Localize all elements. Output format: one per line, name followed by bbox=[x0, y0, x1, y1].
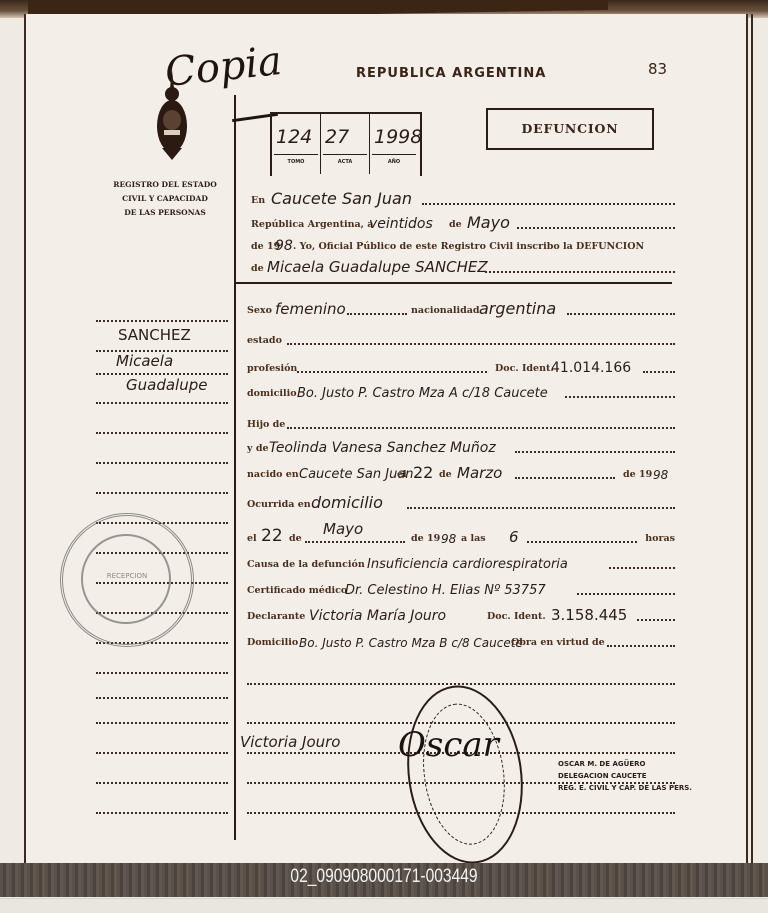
acta-value: 27 bbox=[325, 126, 349, 148]
estado-label: estado bbox=[247, 335, 282, 346]
margin-line bbox=[96, 373, 228, 375]
dot-fill bbox=[609, 567, 675, 569]
dot-fill bbox=[565, 396, 675, 398]
place-label: En bbox=[251, 195, 265, 206]
margin-line bbox=[96, 812, 228, 814]
record-type-box: DEFUNCION bbox=[486, 108, 654, 150]
anio-value: 1998 bbox=[374, 126, 422, 148]
anio-cell: 1998 AÑO bbox=[370, 114, 418, 174]
y-de-label: y de bbox=[247, 443, 269, 454]
nacionalidad-value: argentina bbox=[479, 299, 556, 318]
row-estado: estado bbox=[247, 328, 675, 350]
nacido-label: nacido en bbox=[247, 469, 299, 480]
dot-fill bbox=[643, 371, 675, 373]
registry-line-3: de las Personas bbox=[96, 206, 234, 220]
dot-fill bbox=[637, 619, 675, 621]
domicilio-decl-label: Domicilio bbox=[247, 637, 298, 648]
row-nacido: nacido en Caucete San Juan el 22 de Marz… bbox=[247, 462, 675, 484]
margin-surname: SANCHEZ bbox=[118, 326, 191, 344]
death-year: 98 bbox=[441, 532, 456, 546]
row-sexo: Sexo femenino nacionalidad argentina bbox=[247, 298, 675, 320]
date-day: veintidos bbox=[369, 216, 433, 232]
official-signature: Oscar bbox=[398, 725, 499, 765]
certificado-label: Certificado médico bbox=[247, 585, 347, 596]
birth-year: 98 bbox=[653, 468, 668, 482]
page-number: 83 bbox=[648, 60, 667, 78]
declarante-doc-value: 3.158.445 bbox=[551, 606, 627, 624]
margin-line bbox=[96, 722, 228, 724]
date-de: de bbox=[449, 219, 462, 230]
declarante-value: Victoria María Jouro bbox=[309, 608, 446, 624]
dot-fill bbox=[287, 427, 675, 429]
year-suffix: 98 bbox=[275, 238, 293, 254]
hijo-label: Hijo de bbox=[247, 419, 285, 430]
acta-cell: 27 ACTA bbox=[321, 114, 370, 174]
row-certificado: Certificado médico Dr. Celestino H. Elia… bbox=[247, 578, 675, 600]
death-day: 22 bbox=[261, 526, 283, 546]
registry-line-2: Civil y Capacidad bbox=[96, 192, 234, 206]
margin-line bbox=[96, 697, 228, 699]
fecha-de: de bbox=[289, 533, 302, 544]
registry-name: Registro del Estado Civil y Capacidad de… bbox=[96, 178, 234, 220]
deceased-name: Micaela Guadalupe SANCHEZ bbox=[267, 258, 488, 276]
year-text: . Yo, Oficial Público de este Registro C… bbox=[293, 241, 644, 252]
dot-fill bbox=[287, 343, 675, 345]
margin-line bbox=[96, 782, 228, 784]
dot-fill bbox=[297, 371, 487, 373]
declarante-label: Declarante bbox=[247, 611, 305, 622]
margin-line bbox=[96, 432, 228, 434]
mother-name: Teolinda Vanesa Sanchez Muñoz bbox=[269, 440, 496, 456]
row-domicilio-declarante: Domicilio Bo. Justo P. Castro Mza B c/8 … bbox=[247, 630, 675, 652]
fecha-el: el bbox=[247, 533, 257, 544]
causa-label: Causa de la defunción bbox=[247, 559, 365, 570]
margin-line bbox=[96, 672, 228, 674]
row-hijo: Hijo de bbox=[247, 412, 675, 434]
doc-ident-value: 41.014.166 bbox=[551, 360, 631, 376]
row-y-de: y de Teolinda Vanesa Sanchez Muñoz bbox=[247, 436, 675, 458]
dot-fill bbox=[422, 203, 675, 205]
ocurrida-label: Ocurrida en bbox=[247, 499, 311, 510]
dot-fill bbox=[517, 227, 675, 229]
horas-label: horas bbox=[645, 533, 675, 544]
dot-fill bbox=[607, 645, 675, 647]
row-declarante: Declarante Victoria María Jouro Doc. Ide… bbox=[247, 604, 675, 626]
section-rule bbox=[236, 282, 672, 284]
row-deceased: de Micaela Guadalupe SANCHEZ bbox=[247, 256, 675, 278]
place-value: Caucete San Juan bbox=[271, 189, 412, 208]
margin-given-2: Guadalupe bbox=[126, 376, 207, 394]
nacionalidad-label: nacionalidad bbox=[411, 305, 480, 316]
stamp-left-center: RECEPCION bbox=[63, 572, 191, 580]
row-fecha: el 22 de Mayo de 19 98 a las 6 horas bbox=[247, 526, 675, 548]
sexo-label: Sexo bbox=[247, 305, 272, 316]
official-delegation: DELEGACION CAUCETE bbox=[558, 770, 692, 782]
dot-fill bbox=[515, 477, 615, 479]
declarant-signature: Victoria Jouro bbox=[240, 733, 340, 751]
tomo-label: TOMO bbox=[272, 159, 320, 165]
death-month: Mayo bbox=[323, 520, 363, 538]
dot-fill bbox=[407, 507, 675, 509]
row-causa: Causa de la defunción Insuficiencia card… bbox=[247, 552, 675, 574]
record-reference-box: 124 TOMO 27 ACTA 1998 AÑO bbox=[270, 112, 422, 176]
nacido-de: de bbox=[439, 469, 452, 480]
dot-fill bbox=[527, 541, 637, 543]
birth-month: Marzo bbox=[457, 464, 502, 482]
deceased-label: de bbox=[251, 263, 264, 274]
obra-label: Obra en virtud de bbox=[511, 637, 605, 648]
birth-day: 22 bbox=[413, 463, 433, 482]
birth-year-label: de 19 bbox=[623, 469, 652, 480]
row-ocurrida: Ocurrida en domicilio bbox=[247, 492, 675, 514]
dot-fill bbox=[485, 271, 675, 273]
row-profesion: profesión Doc. Ident. 41.014.166 bbox=[247, 356, 675, 378]
row-domicilio: domicilio Bo. Justo P. Castro Mza A c/18… bbox=[247, 381, 675, 403]
registry-stamp-left: RECEPCION bbox=[60, 513, 194, 647]
domicilio-label: domicilio bbox=[247, 388, 297, 399]
country-title: REPUBLICA ARGENTINA bbox=[356, 66, 546, 81]
margin-line bbox=[96, 462, 228, 464]
ocurrida-value: domicilio bbox=[311, 493, 383, 512]
doc-ident-label: Doc. Ident. bbox=[495, 363, 554, 374]
profesion-label: profesión bbox=[247, 363, 297, 374]
column-divider bbox=[234, 95, 236, 840]
certificado-value: Dr. Celestino H. Elias Nº 53757 bbox=[345, 583, 546, 598]
scan-code: 02_090908000171-003449 bbox=[69, 866, 699, 888]
death-year-label: de 19 bbox=[411, 533, 440, 544]
tomo-cell: 124 TOMO bbox=[272, 114, 321, 174]
nacido-el: el bbox=[397, 469, 407, 480]
registry-line-1: Registro del Estado bbox=[96, 178, 234, 192]
causa-value: Insuficiencia cardiorespiratoria bbox=[367, 557, 568, 572]
dot-fill bbox=[567, 313, 675, 315]
declarante-doc-label: Doc. Ident. bbox=[487, 611, 546, 622]
official-registry: REG. E. CIVIL Y CAP. DE LAS PERS. bbox=[558, 782, 692, 794]
dot-fill bbox=[347, 313, 407, 315]
death-hour: 6 bbox=[509, 528, 519, 546]
coat-of-arms-icon bbox=[152, 68, 192, 163]
anio-label: AÑO bbox=[370, 159, 418, 165]
date-month: Mayo bbox=[467, 213, 510, 232]
official-name: OSCAR M. DE AGÜERO bbox=[558, 758, 692, 770]
margin-given-1: Micaela bbox=[116, 352, 173, 370]
margin-line bbox=[96, 402, 228, 404]
scan-bottom-edge bbox=[0, 899, 768, 913]
row-date: República Argentina, a veintidos de Mayo bbox=[247, 212, 675, 234]
row-year: de 19 98 . Yo, Oficial Público de este R… bbox=[247, 234, 675, 256]
page-border-right bbox=[751, 14, 753, 864]
official-block: OSCAR M. DE AGÜERO DELEGACION CAUCETE RE… bbox=[558, 758, 692, 794]
tomo-value: 124 bbox=[276, 126, 312, 148]
margin-line bbox=[96, 752, 228, 754]
margin-line bbox=[96, 492, 228, 494]
sexo-value: femenino bbox=[275, 300, 346, 318]
dot-fill bbox=[577, 593, 675, 595]
row-place: En Caucete San Juan bbox=[247, 188, 675, 210]
dot-fill bbox=[305, 541, 405, 543]
margin-line bbox=[96, 320, 228, 322]
hora-label: a las bbox=[461, 533, 486, 544]
date-label: República Argentina, a bbox=[251, 219, 373, 230]
domicilio-decl-value: Bo. Justo P. Castro Mza B c/8 Caucete bbox=[299, 636, 523, 650]
domicilio-value: Bo. Justo P. Castro Mza A c/18 Caucete bbox=[297, 386, 548, 401]
acta-label: ACTA bbox=[321, 159, 369, 165]
dot-fill bbox=[515, 451, 675, 453]
